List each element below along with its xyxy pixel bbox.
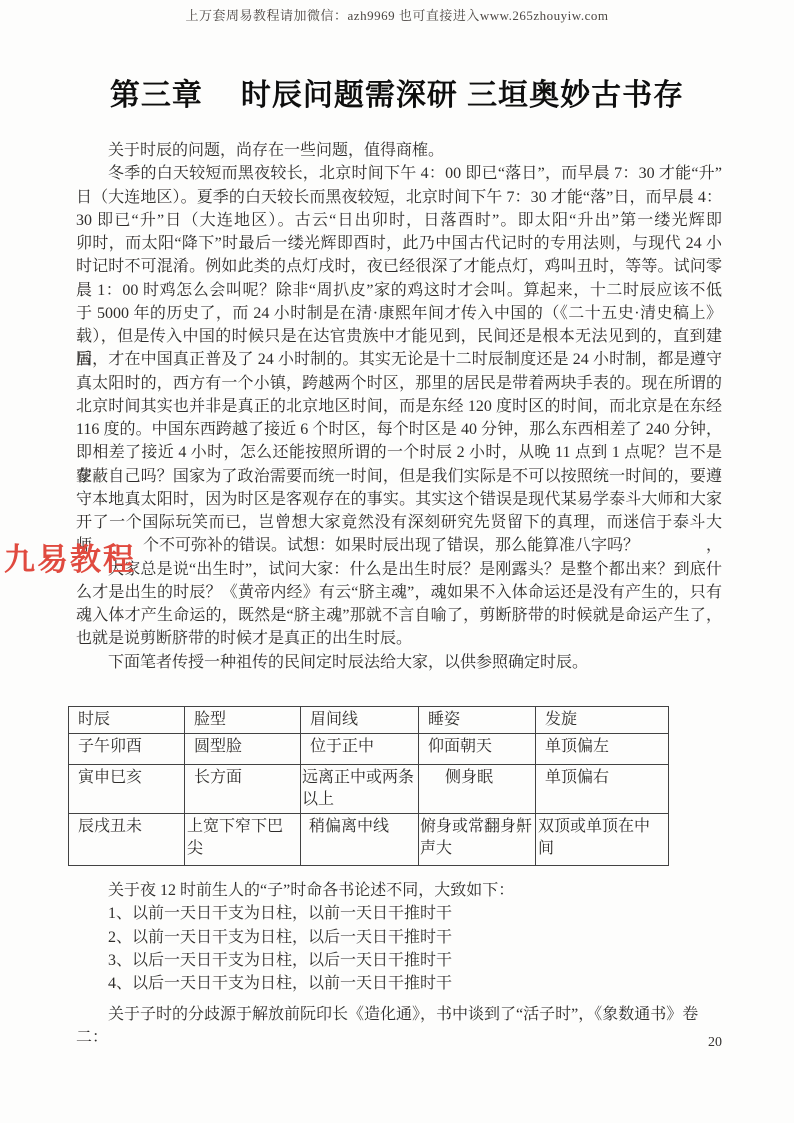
table-header-cell: 时辰	[69, 707, 185, 734]
table-row: 寅申巳亥长方面远离正中或两条以上侧身眠单顶偏右	[69, 765, 669, 814]
table-cell: 侧身眠	[419, 765, 536, 814]
table-header-cell: 睡姿	[419, 707, 536, 734]
table-cell: 稍偏离中线	[301, 814, 419, 866]
page-number: 20	[708, 1035, 722, 1051]
table-header-row: 时辰脸型眉间线睡姿发旋	[69, 707, 669, 734]
body-line: 真太阳时的，西方有一个小镇，跨越两个时区，那里的居民是带着两块手表的。现在所谓的	[76, 372, 722, 395]
body-line: 冬季的白天较短而黑夜较长，北京时间下午 4：00 即已“落日”，而早晨 7：30…	[76, 162, 722, 185]
closing-paragraph-block: 关于子时的分歧源于解放前阮印长《造化通》，书中谈到了“活子时”，《象数通书》卷二…	[76, 1003, 722, 1026]
closing-paragraph: 关于子时的分歧源于解放前阮印长《造化通》，书中谈到了“活子时”，《象数通书》卷二…	[76, 1003, 722, 1026]
chapter-title-text: 时辰问题需深研 三垣奥妙古书存	[241, 79, 684, 112]
table-cell: 仰面朝天	[419, 734, 536, 765]
birth-hour-table: 时辰脸型眉间线睡姿发旋 子午卯酉圆型脸位于正中仰面朝天单顶偏左寅申巳亥长方面远离…	[68, 706, 669, 866]
table-cell: 辰戌丑未	[69, 814, 185, 866]
body-line: 时记时不可混淆。例如此类的点灯戌时，夜已经很深了才能点灯，鸡叫丑时，等等。试问零	[76, 255, 722, 278]
body-line: 关于时辰的问题，尚存在一些问题，值得商榷。	[76, 139, 722, 162]
notes-text-block: 关于夜 12 时前生人的“子”时命各书论述不同，大致如下：1、以前一天日干支为日…	[76, 879, 722, 995]
body-line: 大家总是说“出生时”，试问大家：什么是出生时辰？是刚露头？是整个都出来？到底什	[76, 558, 722, 581]
header-ad-text: 上万套周易教程请加微信：azh9969 也可直接进入www.265zhouyiw…	[0, 5, 794, 24]
table-cell: 子午卯酉	[69, 734, 185, 765]
table-cell: 单顶偏左	[536, 734, 669, 765]
body-line: 116 度的。中国东西跨越了接近 6 个时区，每个时区是 40 分钟，那么东西相…	[76, 418, 722, 441]
table-row: 子午卯酉圆型脸位于正中仰面朝天单顶偏左	[69, 734, 669, 765]
body-line: 晨 1：00 时鸡怎么会叫呢？除非“周扒皮”家的鸡这时才会叫。算起来，十二时辰应…	[76, 279, 722, 302]
table-row: 辰戌丑未上宽下窄下巴尖稍偏离中线俯身或常翻身鼾声大双顶或单顶在中间	[69, 814, 669, 866]
body-line: 2、以前一天日干支为日柱，以后一天日干推时干	[76, 926, 722, 949]
table-cell: 单顶偏右	[536, 765, 669, 814]
body-line: 4、以后一天日干支为日柱，以前一天日干推时干	[76, 972, 722, 995]
table-cell: 上宽下窄下巴尖	[185, 814, 301, 866]
table-cell: 双顶或单顶在中间	[536, 814, 669, 866]
main-text-block: 关于时辰的问题，尚存在一些问题，值得商榷。冬季的白天较短而黑夜较长，北京时间下午…	[76, 139, 722, 674]
body-line: 于 5000 年的历史了，而 24 小时制是在清·康熙年间才传入中国的（《二十五…	[76, 302, 722, 325]
chapter-title: 第三章时辰问题需深研 三垣奥妙古书存	[0, 70, 794, 114]
body-line: 日（大连地区）。夏季的白天较长而黑夜较短，北京时间下午 7：30 才能“落”日，…	[76, 186, 722, 209]
watermark: 九易教程	[4, 542, 136, 578]
table-cell: 圆型脸	[185, 734, 301, 765]
table-cell: 位于正中	[301, 734, 419, 765]
table-body: 子午卯酉圆型脸位于正中仰面朝天单顶偏左寅申巳亥长方面远离正中或两条以上侧身眠单顶…	[69, 734, 669, 866]
body-line: 蒙蔽自己吗？国家为了政治需要而统一时间，但是我们实际是不可以按照统一时间的，要遵	[76, 465, 722, 488]
body-line: 北京时间其实也并非是真正的北京地区时间，而是东经 120 度时区的时间，而北京是…	[76, 395, 722, 418]
body-line: 魂入体才产生命运的，既然是“脐主魂”那就不言自喻了，剪断脐带的时候就是命运产生了…	[76, 604, 722, 627]
table-cell: 长方面	[185, 765, 301, 814]
chapter-number: 第三章	[110, 79, 203, 112]
table-cell: 俯身或常翻身鼾声大	[419, 814, 536, 866]
body-line: 个不可弥补的错误。试想：如果时辰出现了错误，那么能算准八字吗？	[76, 534, 722, 557]
body-line: 30 即已“升”日（大连地区）。古云“日出卯时，日落酉时”。即太阳“升出”第一缕…	[76, 209, 722, 232]
body-line: 么才是出生的时辰？《黄帝内经》有云“脐主魂”，魂如果不入体命运还是没有产生的，只…	[76, 581, 722, 604]
body-line: 后，才在中国真正普及了 24 小时制的。其实无论是十二时辰制度还是 24 小时制…	[76, 348, 722, 371]
body-line: 关于夜 12 时前生人的“子”时命各书论述不同，大致如下：	[76, 879, 722, 902]
body-line: 也就是说剪断脐带的时候才是真正的出生时辰。	[76, 627, 722, 650]
body-line: 载），但是传入中国的时候只是在达官贵族中才能见到，民间还是根本无法见到的，直到建…	[76, 325, 722, 348]
body-line: 即相差了接近 4 小时，怎么还能按照所谓的一个时辰 2 小时，从晚 11 点到 …	[76, 441, 722, 464]
table-cell: 寅申巳亥	[69, 765, 185, 814]
body-line: 开了一个国际玩笑而已，岂曾想大家竟然没有深刻研究先贤留下的真理，而迷信于泰斗大师…	[76, 511, 722, 534]
body-line: 卯时，而太阳“降下”时最后一缕光辉即酉时，此乃中国古代记时的专用法则，与现代 2…	[76, 232, 722, 255]
table-header-cell: 眉间线	[301, 707, 419, 734]
table-header-cell: 发旋	[536, 707, 669, 734]
body-line: 下面笔者传授一种祖传的民间定时辰法给大家，以供参照确定时辰。	[76, 651, 722, 674]
body-line: 3、以后一天日干支为日柱，以后一天日干推时干	[76, 949, 722, 972]
body-line: 守本地真太阳时，因为时区是客观存在的事实。其实这个错误是现代某易学泰斗大师和大家	[76, 488, 722, 511]
body-line: 1、以前一天日干支为日柱，以前一天日干推时干	[76, 902, 722, 925]
document-page: 上万套周易教程请加微信：azh9969 也可直接进入www.265zhouyiw…	[0, 0, 794, 1123]
table-row: 时辰脸型眉间线睡姿发旋	[69, 707, 669, 734]
table-cell: 远离正中或两条以上	[301, 765, 419, 814]
table-header-cell: 脸型	[185, 707, 301, 734]
